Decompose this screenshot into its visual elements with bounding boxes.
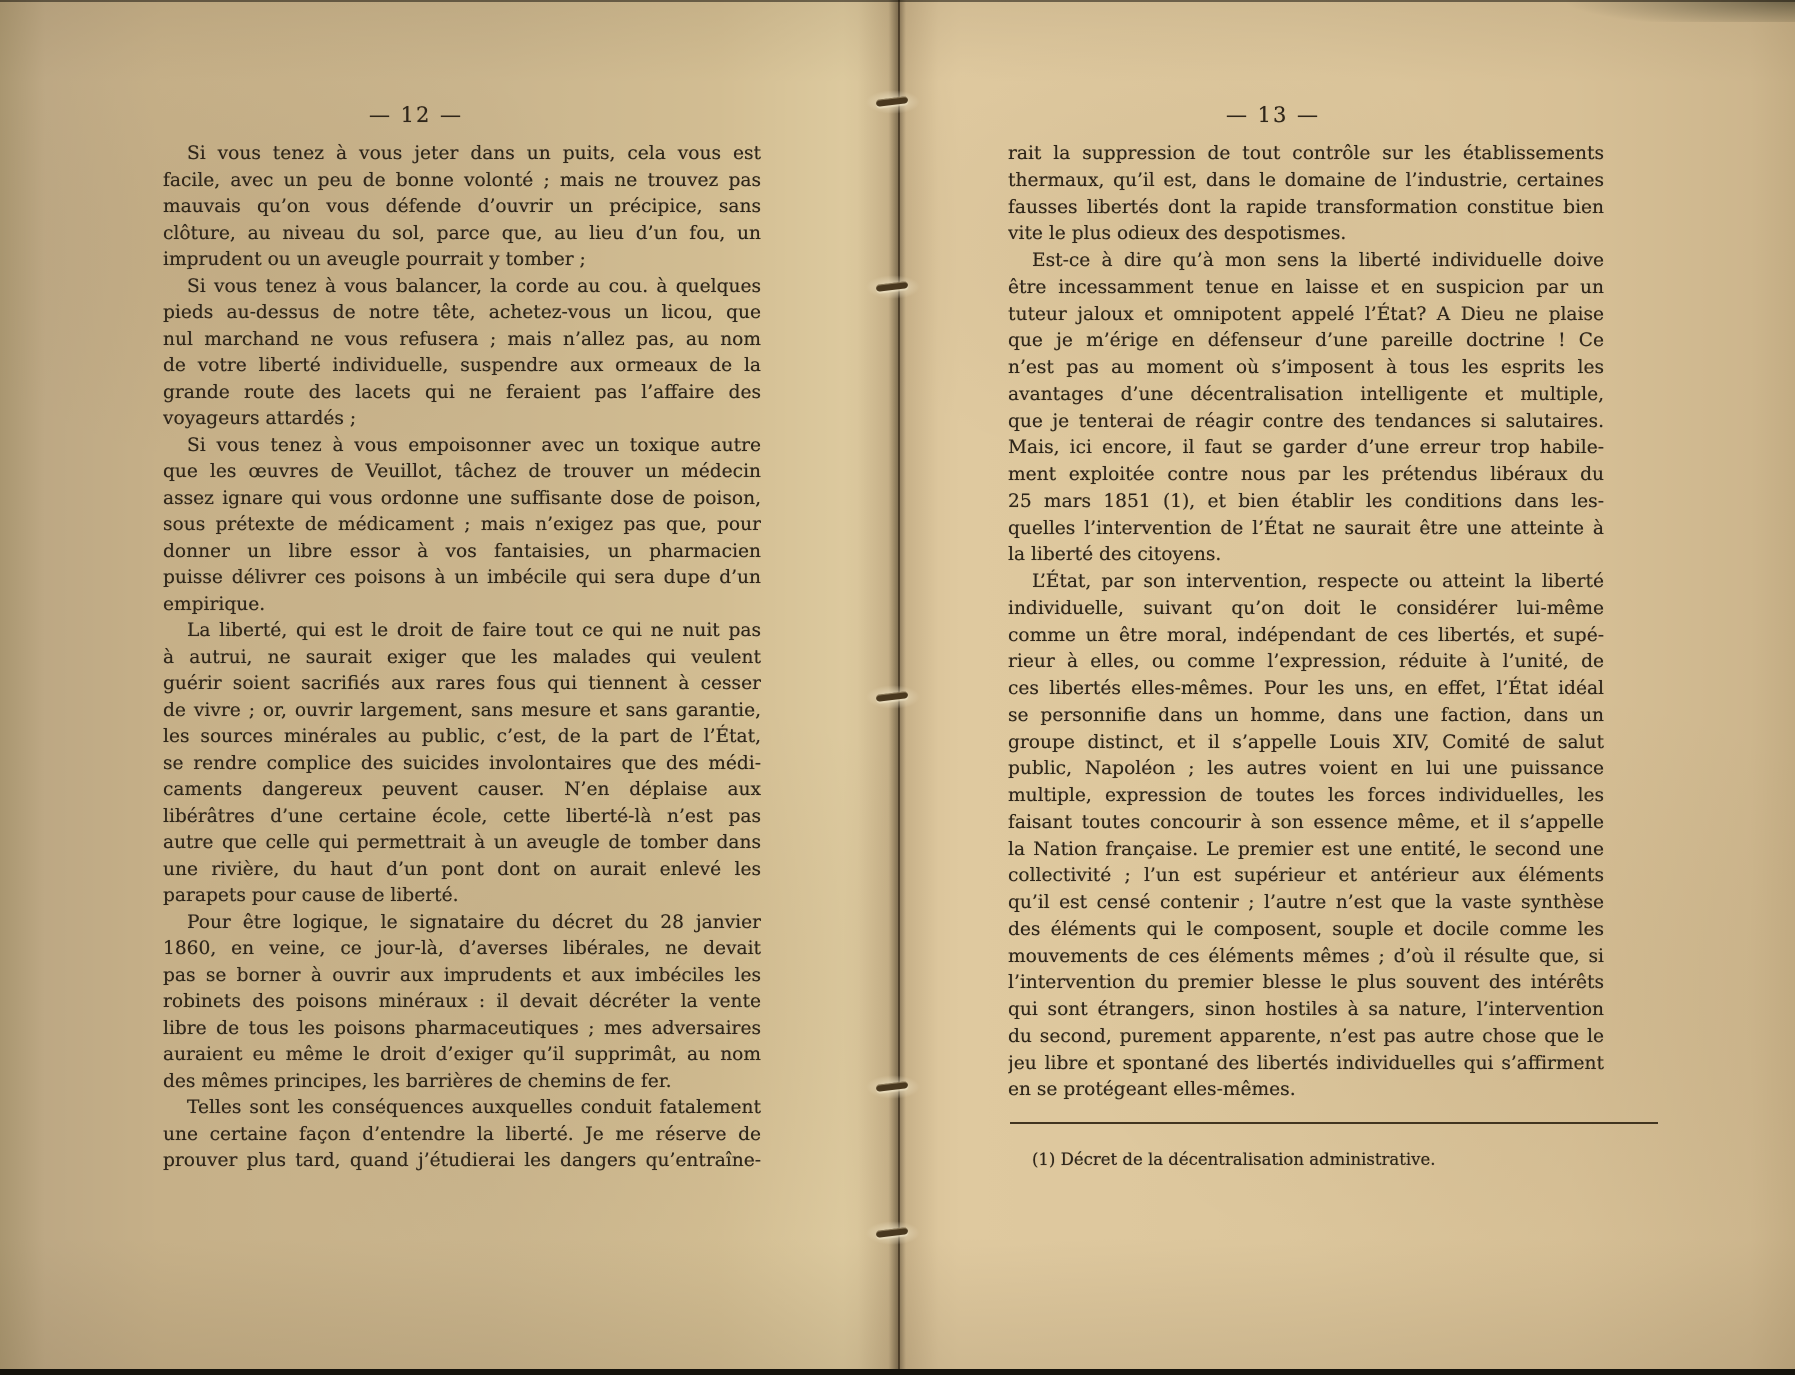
- binding-stitch: [872, 1226, 914, 1240]
- text-line: rieur à elles, ou comme l’expression, ré…: [1008, 649, 1604, 676]
- right-text-column: rait la suppression de tout contrôle sur…: [1008, 141, 1604, 1104]
- text-line: parapets pour cause de liberté.: [163, 883, 761, 910]
- text-line: individuelle, suivant qu’on doit le cons…: [1008, 596, 1604, 623]
- footnote: (1) Décret de la décentralisation admini…: [1032, 1150, 1436, 1169]
- text-line: comme un être moral, indépendant de ces …: [1008, 623, 1604, 650]
- text-line: robinets des poisons minéraux : il devai…: [163, 989, 761, 1016]
- binding-stitch: [872, 1080, 914, 1094]
- scan-top-edge: [0, 0, 1795, 2]
- scan-bottom-edge: [0, 1369, 1795, 1375]
- text-line: public, Napoléon ; les autres voient en …: [1008, 756, 1604, 783]
- text-line: de votre liberté individuelle, suspendre…: [163, 353, 761, 380]
- text-line: des mêmes principes, les barrières de ch…: [163, 1069, 761, 1096]
- text-line: qu’il est censé contenir ; l’autre n’est…: [1008, 890, 1604, 917]
- text-line: fausses libertés dont la rapide transfor…: [1008, 195, 1604, 222]
- text-line: avantages d’une décentralisation intelli…: [1008, 382, 1604, 409]
- text-line: 25 mars 1851 (1), et bien établir les co…: [1008, 489, 1604, 516]
- text-line: prouver plus tard, quand j’étudierai les…: [163, 1148, 761, 1175]
- text-line: imprudent ou un aveugle pourrait y tombe…: [163, 247, 761, 274]
- text-line: La liberté, qui est le droit de faire to…: [163, 618, 761, 645]
- text-line: groupe distinct, et il s’appelle Louis X…: [1008, 730, 1604, 757]
- text-line: sous prétexte de médicament ; mais n’exi…: [163, 512, 761, 539]
- text-line: empirique.: [163, 592, 761, 619]
- text-line: que les œuvres de Veuillot, tâchez de tr…: [163, 459, 761, 486]
- binding-stitch: [872, 280, 914, 294]
- text-line: que je tenterai de réagir contre des ten…: [1008, 409, 1604, 436]
- text-line: ment exploitée contre nous par les préte…: [1008, 462, 1604, 489]
- text-line: quelles l’intervention de l’État ne saur…: [1008, 516, 1604, 543]
- text-line: multiple, expression de toutes les force…: [1008, 783, 1604, 810]
- binding-stitch: [872, 95, 914, 109]
- text-line: Si vous tenez à vous empoisonner avec un…: [163, 433, 761, 460]
- text-line: du second, purement apparente, n’est pas…: [1008, 1024, 1604, 1051]
- text-line: la Nation française. Le premier est une …: [1008, 837, 1604, 864]
- text-line: auraient eu même le droit d’exiger qu’il…: [163, 1042, 761, 1069]
- text-line: 1860, en veine, ce jour-là, d’averses li…: [163, 936, 761, 963]
- page-corner-curl: [1465, 0, 1795, 22]
- text-line: mouvements de ces éléments mêmes ; d’où …: [1008, 944, 1604, 971]
- text-line: des éléments qui le composent, souple et…: [1008, 917, 1604, 944]
- text-line: de vivre ; or, ouvrir largement, sans me…: [163, 698, 761, 725]
- text-line: Si vous tenez à vous jeter dans un puits…: [163, 141, 761, 168]
- text-line: Telles sont les conséquences auxquelles …: [163, 1095, 761, 1122]
- left-page-number: — 12 —: [118, 103, 714, 127]
- text-line: faisant toutes concourir à son essence m…: [1008, 810, 1604, 837]
- text-line: caments dangereux peuvent causer. N’en d…: [163, 777, 761, 804]
- text-line: une rivière, du haut d’un pont dont on a…: [163, 857, 761, 884]
- text-line: vite le plus odieux des despotismes.: [1008, 221, 1604, 248]
- text-line: Pour être logique, le signataire du décr…: [163, 910, 761, 937]
- text-line: puisse délivrer ces poisons à un imbécil…: [163, 565, 761, 592]
- text-line: nul marchand ne vous refusera ; mais n’a…: [163, 327, 761, 354]
- text-line: Mais, ici encore, il faut se garder d’un…: [1008, 435, 1604, 462]
- text-line: Est-ce à dire qu’à mon sens la liberté i…: [1008, 248, 1604, 275]
- footnote-rule: [1010, 1122, 1658, 1124]
- text-line: donner un libre essor à vos fantaisies, …: [163, 539, 761, 566]
- text-line: L’État, par son intervention, respecte o…: [1008, 569, 1604, 596]
- text-line: qui sont étrangers, sinon hostiles à sa …: [1008, 997, 1604, 1024]
- text-line: une certaine façon d’entendre la liberté…: [163, 1122, 761, 1149]
- text-line: clôture, au niveau du sol, parce que, au…: [163, 221, 761, 248]
- text-line: rait la suppression de tout contrôle sur…: [1008, 141, 1604, 168]
- text-line: l’intervention du premier blesse le plus…: [1008, 970, 1604, 997]
- text-line: pieds au-dessus de notre tête, achetez-v…: [163, 300, 761, 327]
- text-line: libérâtres d’une certaine école, cette l…: [163, 804, 761, 831]
- text-line: en se protégeant elles-mêmes.: [1008, 1077, 1604, 1104]
- text-line: que je m’érige en défenseur d’une pareil…: [1008, 328, 1604, 355]
- text-line: à autrui, ne saurait exiger que les mala…: [163, 645, 761, 672]
- left-text-column: Si vous tenez à vous jeter dans un puits…: [163, 141, 761, 1175]
- text-line: ces libertés elles-mêmes. Pour les uns, …: [1008, 676, 1604, 703]
- text-line: se personnifie dans un homme, dans une f…: [1008, 703, 1604, 730]
- book-scan: — 12 — — 13 — Si vous tenez à vous jeter…: [0, 0, 1795, 1375]
- text-line: collectivité ; l’un est supérieur et ant…: [1008, 863, 1604, 890]
- text-line: assez ignare qui vous ordonne une suffis…: [163, 486, 761, 513]
- text-line: n’est pas au moment où s’imposent à tous…: [1008, 355, 1604, 382]
- text-line: guérir soient sacrifiés aux rares fous q…: [163, 671, 761, 698]
- text-line: jeu libre et spontané des libertés indiv…: [1008, 1051, 1604, 1078]
- right-page-number: — 13 —: [976, 103, 1570, 127]
- text-line: tuteur jaloux et omnipotent appelé l’Éta…: [1008, 302, 1604, 329]
- text-line: thermaux, qu’il est, dans le domaine de …: [1008, 168, 1604, 195]
- text-line: autre que celle qui permettrait à un ave…: [163, 830, 761, 857]
- text-line: grande route des lacets qui ne feraient …: [163, 380, 761, 407]
- binding-stitch: [872, 690, 914, 704]
- text-line: voyageurs attardés ;: [163, 406, 761, 433]
- text-line: mauvais qu’on vous défende d’ouvrir un p…: [163, 194, 761, 221]
- text-line: Si vous tenez à vous balancer, la corde …: [163, 274, 761, 301]
- text-line: être incessamment tenue en laisse et en …: [1008, 275, 1604, 302]
- text-line: libre de tous les poisons pharmaceutique…: [163, 1016, 761, 1043]
- text-line: facile, avec un peu de bonne volonté ; m…: [163, 168, 761, 195]
- text-line: se rendre complice des suicides involont…: [163, 751, 761, 778]
- text-line: la liberté des citoyens.: [1008, 542, 1604, 569]
- text-line: pas se borner à ouvrir aux imprudents et…: [163, 963, 761, 990]
- text-line: les sources minérales au public, c’est, …: [163, 724, 761, 751]
